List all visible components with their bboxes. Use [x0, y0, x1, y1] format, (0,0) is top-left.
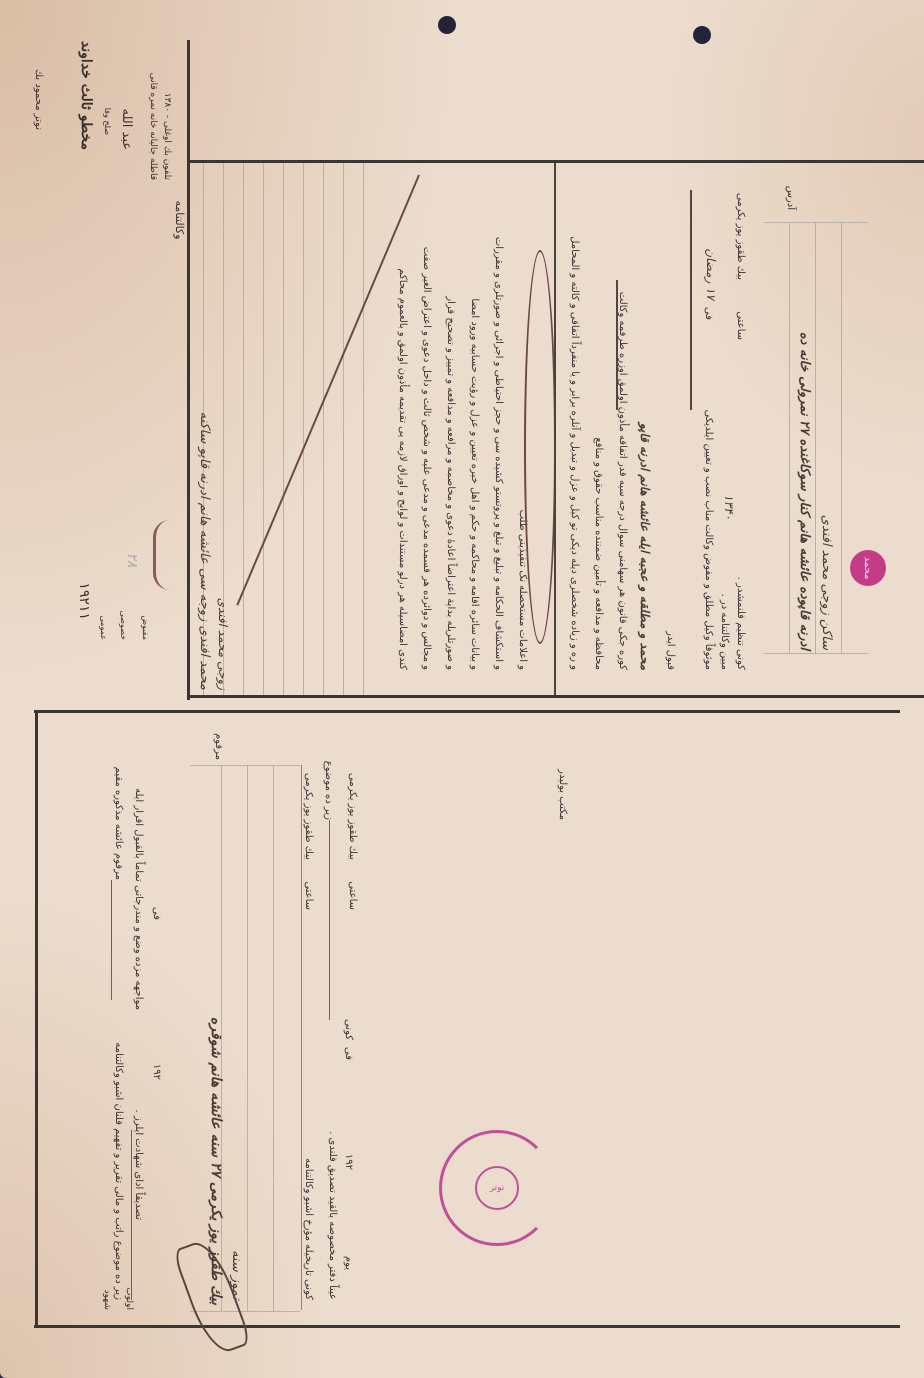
address-box — [764, 222, 868, 654]
address-line: قاطله جالیانه خانه نمره قانی — [148, 30, 158, 180]
rule-line — [363, 163, 364, 695]
hour-label-lower: ساعتی — [303, 860, 314, 910]
handwritten-underline — [690, 190, 692, 410]
year-printed: ۱۹۲ — [151, 1040, 162, 1080]
rule-line — [303, 163, 304, 695]
paragraph-line: و بیانات سائره اقامه و محاکمه و حکم و اه… — [469, 298, 480, 670]
paragraph-line: و استکشاف الحکامه و تبلیغ و تبلغ و پروتس… — [493, 237, 504, 670]
phone-line: تلفون بك اوغلی - ۱۳۸۰ — [162, 30, 172, 180]
lower-box-bottom-border — [34, 1325, 900, 1328]
delegation-line: محافظه و مدافعه و تأمین ضمننده مناسب حقو… — [593, 437, 604, 670]
certification-line: عیناً دفتر مخصوصه بالقید تصدیق قلندی . — [327, 1030, 338, 1300]
rule-line — [841, 223, 842, 653]
signature-mark: عبد الله — [119, 60, 134, 150]
small-seal: محمد — [850, 550, 886, 586]
clerk-label: مکتب بولیدر — [557, 730, 568, 820]
seal-inner: نوتر — [475, 1166, 519, 1210]
hour-label-2: ساعتی — [347, 860, 358, 910]
registry-number-block: ۱۹۲۱۱ عمومی خصوصی ۲۸ مقبوض — [64, 510, 184, 640]
paragraph-line: و مجالس و دوائرده هر قسمده مدعی و مدعی ع… — [421, 247, 432, 670]
noted-label: کونی تنظیم قلنمشدر . — [735, 520, 746, 670]
date-fi: فی — [151, 900, 162, 920]
margin-note: نوتر محمود بك — [33, 20, 44, 130]
subject-label-2: زیر ده موضوع — [323, 730, 334, 820]
notary-line-2: مرقوم عائشه مذکوره مقیم — [113, 730, 124, 880]
day-label-2: کونی — [343, 1000, 354, 1040]
general-authority-line: موثوقاً وکیل مطلق و مفوض وکالت مناب نصب … — [703, 330, 714, 670]
year-value: ۱۳۴۰ — [722, 470, 736, 520]
delegation-line: قبول ایدر — [665, 631, 676, 670]
notary-name-stamp: مخطو ثالث خداوند — [78, 30, 94, 150]
notary-subtitle: صلح وفا — [103, 55, 112, 135]
fee-label-lower: فی — [343, 1040, 354, 1060]
document-page: نوتر محمود بك مخطو ثالث خداوند صلح وفا ع… — [0, 0, 924, 1378]
handwritten-header-line-1: محمد افندی زوجه سی عائشه هانم ادرنه قاپو… — [197, 170, 212, 690]
fee-label: مقبوض — [141, 510, 150, 640]
general-label: عمومی — [99, 510, 108, 640]
punch-hole-2 — [693, 26, 711, 44]
fill-line — [131, 1130, 132, 1300]
witness-label: شهود — [102, 1280, 112, 1310]
rule-line — [789, 223, 790, 653]
delegation-line: و ره و زیاده شخصلری دیله دیکی تو کیل و ع… — [569, 236, 580, 670]
confirmation-line-2: تصدیقاً ادای شهادت ایلرز . — [133, 1020, 144, 1220]
rule-line — [263, 163, 264, 695]
hour-label: ساعتی — [735, 300, 746, 340]
year-2: ۱۹۲ — [343, 1130, 354, 1170]
handwritten-block-line-1: بیك طقوز یوز یکرمی ۲۷ سنه عائشه هانم شوق… — [208, 775, 224, 1305]
handwritten-block-line-2: تموز سنه — [229, 1150, 244, 1300]
delegation-paragraph: و ره و زیاده شخصلری دیله دیکی تو کیل و ع… — [559, 170, 704, 670]
punch-hole-1 — [438, 16, 456, 34]
fill-line — [329, 820, 330, 1020]
private-value: ۲۸ — [124, 520, 140, 600]
thousand-line: بیك طقوز یوز یکرمی — [303, 730, 314, 860]
subject-label: مرقوم — [213, 720, 224, 760]
fill-line — [111, 880, 112, 1000]
delegation-line: کوره جکی قانون هر سهامنی سوال درجه سیه ق… — [617, 292, 628, 670]
address-label: آدرس — [785, 170, 796, 210]
rule-line — [273, 766, 274, 1311]
section-divider — [554, 163, 556, 695]
printed-paragraph: کندی امضاسیله هر درلو مستندات و لوایح و … — [384, 170, 544, 670]
delegation-handwritten: محمد و مطلقه و عجبه ایله عائشه هانم ادرن… — [638, 423, 652, 670]
address-handwritten-1: ادرنه قاپوده عائشه هانم کنار سوکاغنده ۲۷… — [797, 230, 812, 650]
upper-box-right-border — [188, 695, 924, 698]
lower-box-right-border — [35, 710, 38, 1327]
notary-seal: نوتر — [439, 1130, 555, 1246]
lower-divider — [301, 765, 302, 1310]
address-handwritten-2: ساکن زوجی محمد افندی — [819, 380, 834, 650]
witness-label-2: اولوب — [124, 1280, 134, 1310]
confirmation-line-1: مواجهه مزده وضع و مندرجاتی تماماً بالقبو… — [133, 730, 144, 1010]
hand-drawn-oval — [524, 250, 556, 644]
upper-box-left-border — [188, 160, 924, 163]
handwritten-header-line-2: زوجی محمد افندی — [216, 500, 230, 690]
handwritten-block — [190, 765, 300, 1312]
document-title: وكالتنامه — [173, 160, 186, 280]
handwritten-underline — [616, 280, 618, 410]
date-label: فی — [703, 300, 714, 320]
paragraph-line: و صورتلریله بداية اعتراضاً اعادهٔ دعوی و… — [445, 296, 456, 670]
registry-number: ۱۹۲۱۱ — [76, 510, 92, 620]
validation-text: مبین وكالتنامه در . — [719, 520, 730, 670]
rule-line — [815, 223, 816, 653]
thousand-line-2: بیك طقوز یوز یکرمی — [347, 730, 358, 860]
rule-line — [243, 163, 244, 695]
date-value: ۱۷ رمضان — [704, 230, 718, 300]
rule-line — [343, 163, 344, 695]
rule-line — [247, 766, 248, 1311]
lower-box-top-border — [34, 710, 900, 713]
date-record-line: کونی تاریخیله مؤرخ اشبو وكالتنامه — [303, 1000, 314, 1300]
paragraph-line: کندی امضاسیله هر درلو مستندات و لوایح و … — [397, 268, 408, 670]
rule-line — [283, 163, 284, 695]
signature-line: بیك طقوز یوز یکرمی — [735, 170, 746, 280]
notary-line-1: زیر ده موضوع راتب و مالی تقریر و تفهیم ق… — [113, 1000, 124, 1300]
day-label: یوم — [343, 1240, 354, 1270]
rule-line — [323, 163, 324, 695]
fee-value — [153, 520, 170, 590]
upper-box-top-border — [187, 40, 190, 700]
